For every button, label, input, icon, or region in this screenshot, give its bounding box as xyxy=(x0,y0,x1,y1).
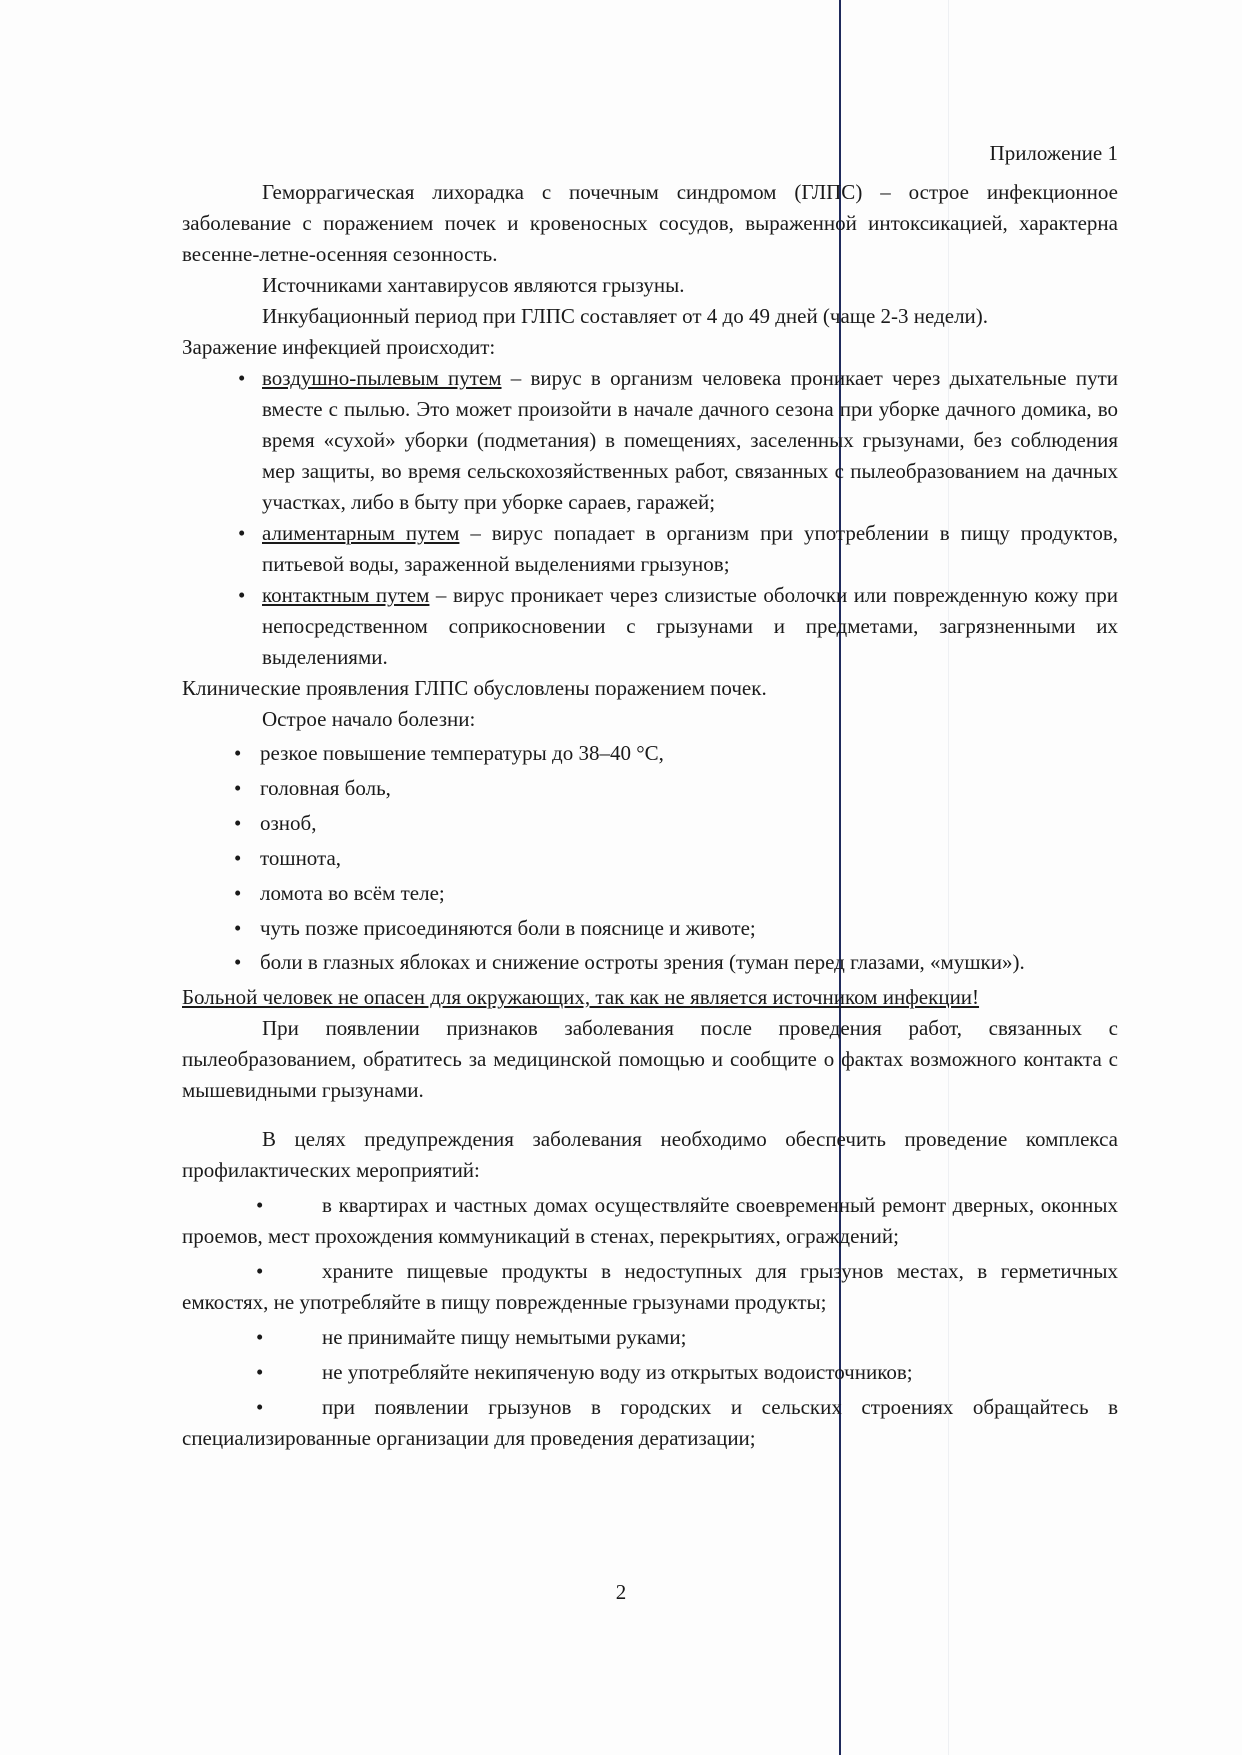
list-item: головная боль, xyxy=(182,772,1118,805)
infection-routes-list: воздушно-пылевым путем – вирус в организ… xyxy=(182,363,1118,673)
symptoms-list: резкое повышение температуры до 38–40 °С… xyxy=(182,737,1118,978)
prevention-heading: В целях предупреждения заболевания необх… xyxy=(182,1124,1118,1186)
advice-paragraph: При появлении признаков заболевания посл… xyxy=(182,1013,1118,1106)
list-item: контактным путем – вирус проникает через… xyxy=(182,580,1118,673)
spacer xyxy=(182,1106,1118,1124)
scanned-page: Приложение 1 Геморрагическая лихорадка с… xyxy=(0,0,1242,1755)
list-item: резкое повышение температуры до 38–40 °С… xyxy=(182,737,1118,770)
route-name: алиментарным путем xyxy=(262,521,459,545)
clinical-paragraph: Клинические проявления ГЛПС обусловлены … xyxy=(182,673,1118,704)
list-item: ломота во всём теле; xyxy=(182,877,1118,910)
appendix-label: Приложение 1 xyxy=(182,138,1118,169)
incubation-paragraph: Инкубационный период при ГЛПС составляет… xyxy=(182,301,1118,332)
onset-heading: Острое начало болезни: xyxy=(182,704,1118,735)
list-item: тошнота, xyxy=(182,842,1118,875)
page-number: 2 xyxy=(0,1580,1242,1605)
route-name: воздушно-пылевым путем xyxy=(262,366,502,390)
list-item: чуть позже присоединяются боли в поясниц… xyxy=(182,912,1118,945)
route-name: контактным путем xyxy=(262,583,429,607)
list-item: не принимайте пищу немытыми руками; xyxy=(182,1322,1118,1353)
infection-heading: Заражение инфекцией происходит: xyxy=(182,332,1118,363)
list-item: в квартирах и частных домах осуществляйт… xyxy=(182,1190,1118,1252)
intro-paragraph: Геморрагическая лихорадка с почечным син… xyxy=(182,177,1118,270)
list-item: при появлении грызунов в городских и сел… xyxy=(182,1392,1118,1454)
list-item: воздушно-пылевым путем – вирус в организ… xyxy=(182,363,1118,518)
prevention-list: в квартирах и частных домах осуществляйт… xyxy=(182,1190,1118,1454)
list-item: храните пищевые продукты в недоступных д… xyxy=(182,1256,1118,1318)
list-item: не употребляйте некипяченую воду из откр… xyxy=(182,1357,1118,1388)
list-item: алиментарным путем – вирус попадает в ор… xyxy=(182,518,1118,580)
document-body: Приложение 1 Геморрагическая лихорадка с… xyxy=(182,138,1118,1454)
sources-paragraph: Источниками хантавирусов являются грызун… xyxy=(182,270,1118,301)
list-item: боли в глазных яблоках и снижение острот… xyxy=(182,947,1118,978)
warning-statement: Больной человек не опасен для окружающих… xyxy=(182,982,1118,1013)
list-item: озноб, xyxy=(182,807,1118,840)
